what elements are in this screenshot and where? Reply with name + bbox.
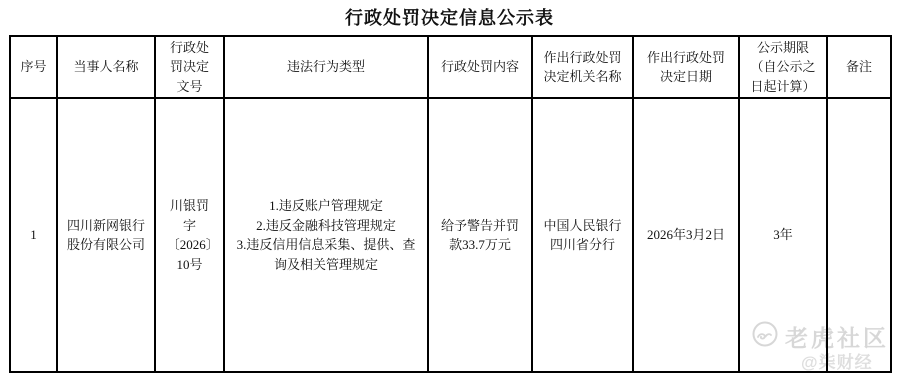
cell-decision-authority: 中国人民银行四川省分行	[532, 98, 633, 372]
col-header-violation-type: 违法行为类型	[224, 36, 428, 98]
violation-item: 2.违反金融科技管理规定	[233, 216, 419, 236]
col-header-decision-doc-no: 行政处罚决定文号	[155, 36, 224, 98]
cell-decision-doc-no: 川银罚字〔2026〕10号	[155, 98, 224, 372]
header-row: 序号 当事人名称 行政处罚决定文号 违法行为类型 行政处罚内容 作出行政处罚决定…	[10, 36, 891, 98]
page-title: 行政处罚决定信息公示表	[0, 4, 899, 30]
cell-publicity-period: 3年	[739, 98, 827, 372]
violation-item: 3.违反信用信息采集、提供、查询及相关管理规定	[233, 235, 419, 274]
col-header-penalty-content: 行政处罚内容	[428, 36, 532, 98]
col-header-publicity-period: 公示期限（自公示之日起计算）	[739, 36, 827, 98]
cell-violations: 1.违反账户管理规定 2.违反金融科技管理规定 3.违反信用信息采集、提供、查询…	[224, 98, 428, 372]
cell-index: 1	[10, 98, 57, 372]
page: 行政处罚决定信息公示表 老虎社区 @柒财经 序号 当事人名称 行政处罚决定文号 …	[0, 0, 899, 384]
cell-party-name: 四川新网银行股份有限公司	[57, 98, 155, 372]
col-header-decision-authority: 作出行政处罚决定机关名称	[532, 36, 633, 98]
col-header-party-name: 当事人名称	[57, 36, 155, 98]
cell-penalty-content: 给予警告并罚款33.7万元	[428, 98, 532, 372]
cell-remarks	[827, 98, 891, 372]
table-row: 1 四川新网银行股份有限公司 川银罚字〔2026〕10号 1.违反账户管理规定 …	[10, 98, 891, 372]
cell-decision-date: 2026年3月2日	[633, 98, 739, 372]
col-header-decision-date: 作出行政处罚决定日期	[633, 36, 739, 98]
col-header-index: 序号	[10, 36, 57, 98]
violation-item: 1.违反账户管理规定	[233, 196, 419, 216]
col-header-remarks: 备注	[827, 36, 891, 98]
penalty-disclosure-table: 序号 当事人名称 行政处罚决定文号 违法行为类型 行政处罚内容 作出行政处罚决定…	[9, 35, 892, 373]
